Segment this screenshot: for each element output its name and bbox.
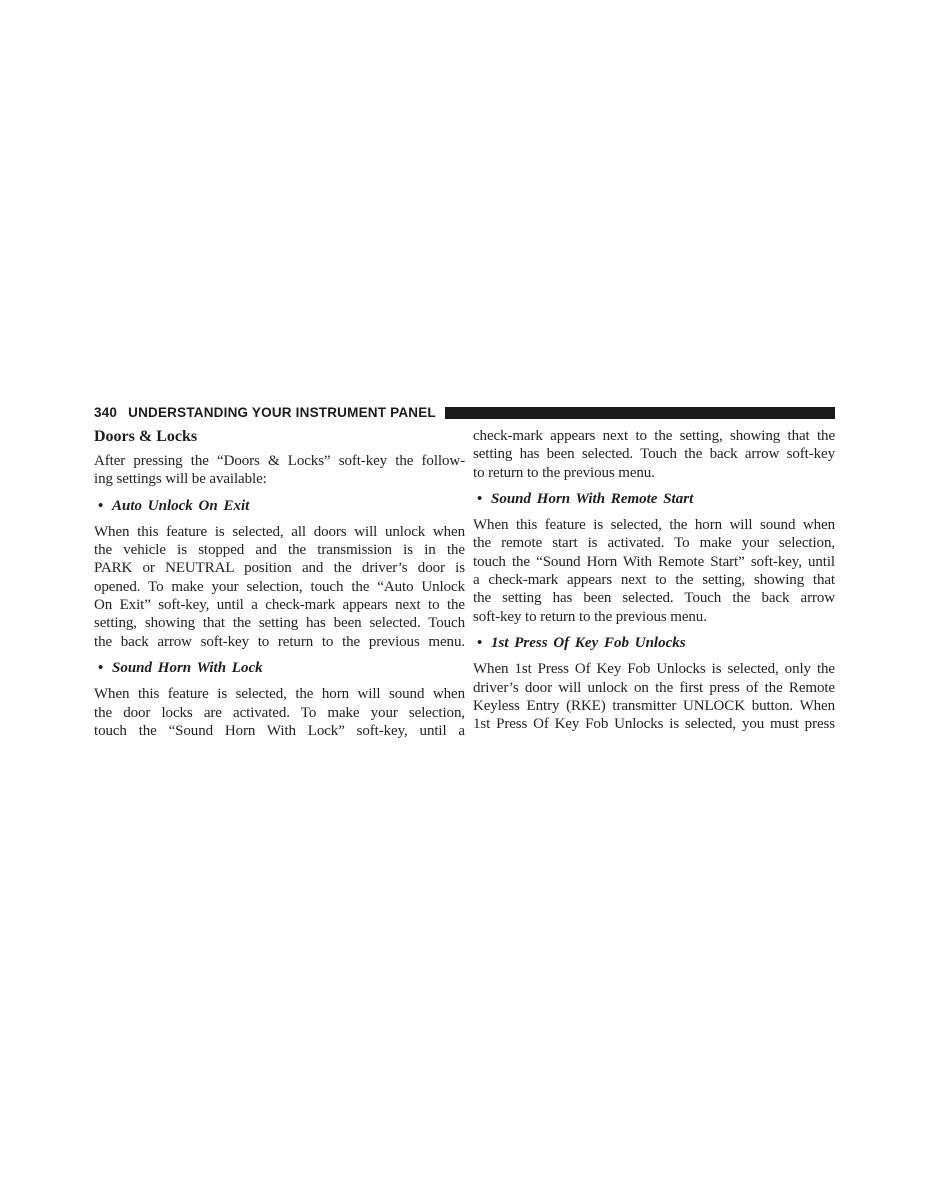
paragraph-line: When this feature is selected, the horn … — [473, 516, 835, 534]
paragraph-line: the vehicle is stopped and the transmiss… — [94, 541, 465, 559]
bullet-label: Sound Horn With Remote Start — [491, 490, 693, 508]
paragraph: When this feature is selected, all doors… — [94, 523, 465, 651]
paragraph-line: to return to the previous menu. — [473, 464, 835, 482]
paragraph-line: driver’s door will unlock on the first p… — [473, 679, 835, 697]
paragraph-line: the setting has been selected. Touch the… — [473, 589, 835, 607]
page-number: 340 — [94, 405, 117, 420]
paragraph-line: setting, showing that the setting has be… — [94, 614, 465, 632]
bullet-icon: • — [94, 659, 112, 677]
bullet-item: • 1st Press Of Key Fob Unlocks — [473, 634, 835, 652]
running-header: 340 UNDERSTANDING YOUR INSTRUMENT PANEL — [94, 405, 835, 420]
bullet-item: • Auto Unlock On Exit — [94, 497, 465, 515]
manual-page: 340 UNDERSTANDING YOUR INSTRUMENT PANEL … — [0, 0, 927, 1200]
column-left: Doors & Locks After pressing the “Doors … — [94, 427, 465, 748]
paragraph-line: When this feature is selected, the horn … — [94, 685, 465, 703]
paragraph-line: the remote start is activated. To make y… — [473, 534, 835, 552]
paragraph-line: When this feature is selected, all doors… — [94, 523, 465, 541]
paragraph-line: touch the “Sound Horn With Remote Start”… — [473, 553, 835, 571]
paragraph-line: PARK or NEUTRAL position and the driver’… — [94, 559, 465, 577]
paragraph-line: a check-mark appears next to the setting… — [473, 571, 835, 589]
bullet-label: Auto Unlock On Exit — [112, 497, 249, 515]
paragraph-line: 1st Press Of Key Fob Unlocks is selected… — [473, 715, 835, 733]
paragraph-line: setting has been selected. Touch the bac… — [473, 445, 835, 463]
paragraph-line: opened. To make your selection, touch th… — [94, 578, 465, 596]
header-rule-bar — [445, 407, 835, 419]
column-right: check-mark appears next to the setting, … — [473, 427, 835, 748]
bullet-label: Sound Horn With Lock — [112, 659, 263, 677]
paragraph-line: After pressing the “Doors & Locks” soft-… — [94, 452, 465, 470]
paragraph-line: When 1st Press Of Key Fob Unlocks is sel… — [473, 660, 835, 678]
chapter-title: UNDERSTANDING YOUR INSTRUMENT PANEL — [128, 405, 436, 420]
bullet-icon: • — [94, 497, 112, 515]
bullet-icon: • — [473, 634, 491, 652]
paragraph-line: check-mark appears next to the setting, … — [473, 427, 835, 445]
paragraph: After pressing the “Doors & Locks” soft-… — [94, 452, 465, 489]
paragraph: When this feature is selected, the horn … — [473, 516, 835, 626]
paragraph: When 1st Press Of Key Fob Unlocks is sel… — [473, 660, 835, 733]
bullet-label: 1st Press Of Key Fob Unlocks — [491, 634, 686, 652]
two-column-layout: Doors & Locks After pressing the “Doors … — [94, 427, 835, 748]
paragraph-line: On Exit” soft-key, until a check-mark ap… — [94, 596, 465, 614]
paragraph-line: the door locks are activated. To make yo… — [94, 704, 465, 722]
paragraph: When this feature is selected, the horn … — [94, 685, 465, 740]
paragraph-line: soft-key to return to the previous menu. — [473, 608, 835, 626]
section-heading: Doors & Locks — [94, 427, 465, 446]
paragraph: check-mark appears next to the setting, … — [473, 427, 835, 482]
page-content: 340 UNDERSTANDING YOUR INSTRUMENT PANEL … — [94, 405, 835, 748]
bullet-item: • Sound Horn With Remote Start — [473, 490, 835, 508]
paragraph-line: touch the “Sound Horn With Lock” soft-ke… — [94, 722, 465, 740]
bullet-icon: • — [473, 490, 491, 508]
paragraph-line: the back arrow soft-key to return to the… — [94, 633, 465, 651]
paragraph-line: ing settings will be available: — [94, 470, 465, 488]
paragraph-line: Keyless Entry (RKE) transmitter UNLOCK b… — [473, 697, 835, 715]
bullet-item: • Sound Horn With Lock — [94, 659, 465, 677]
